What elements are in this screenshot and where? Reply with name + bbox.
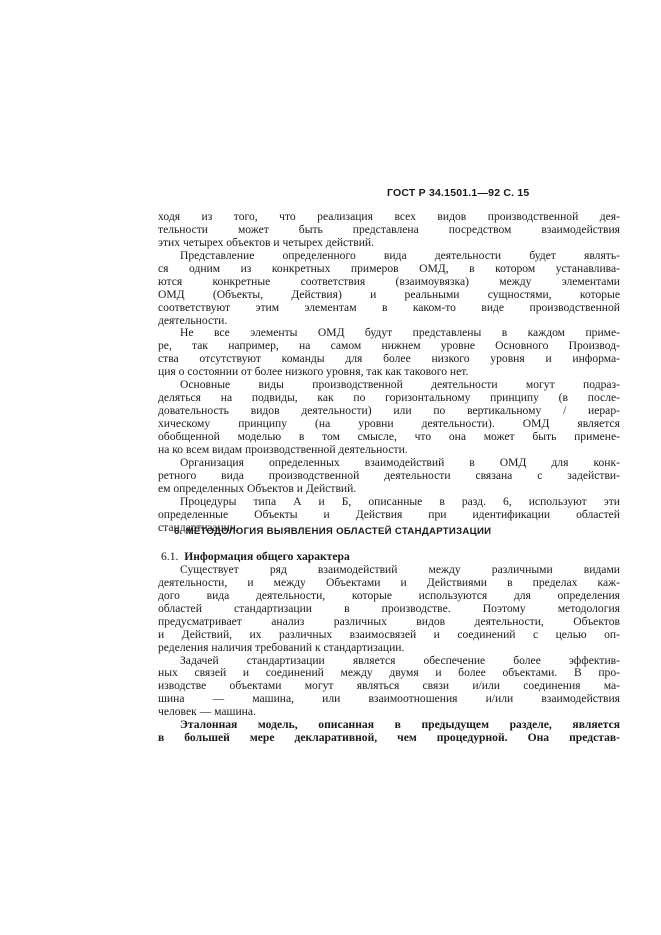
text-line: Существует ряд взаимодействий между разл…	[158, 564, 620, 577]
text-line: ются конкретные соответствия (взаимоувяз…	[158, 276, 620, 289]
text-line: ем определенных Объектов и Действий.	[158, 483, 620, 496]
subsection-heading: 6.1. Информация общего характера	[158, 551, 620, 564]
text-line: ределения наличия требований к стандарти…	[158, 642, 620, 655]
text-line: дого вида деятельности, которые использу…	[158, 590, 620, 603]
text-line: соответствуют этим элементам в каком-то …	[158, 302, 620, 315]
text-line: определенные Объекты и Действия при иден…	[158, 509, 620, 522]
text-line: Процедуры типа А и Б, описанные в разд. …	[158, 496, 620, 509]
text-line: тельности может быть представлена посред…	[158, 224, 620, 237]
text-line: Организация определенных взаимодействий …	[158, 457, 620, 470]
text-line: Представление определенного вида деятель…	[158, 250, 620, 263]
text-line: и Действий, их различных взаимосвязей и …	[158, 629, 620, 642]
text-line: областей стандартизации в производстве. …	[158, 603, 620, 616]
text-line: обобщенной моделью в том смысле, что она…	[158, 431, 620, 444]
text-line: этих четырех объектов и четырех действий…	[158, 237, 620, 250]
text-line: деятельности, и между Объектами и Действ…	[158, 577, 620, 590]
section-heading: 6. МЕТОДОЛОГИЯ ВЫЯВЛЕНИЯ ОБЛАСТЕЙ СТАНДА…	[174, 526, 491, 537]
subsection-paragraphs: Существует ряд взаимодействий между разл…	[158, 564, 620, 745]
page-header: ГОСТ Р 34.1501.1—92 С. 15	[387, 187, 529, 199]
text-line: на ко всем видам производственной деятел…	[158, 444, 620, 457]
subsection-title: Информация общего характера	[184, 550, 350, 563]
text-line: ОМД (Объекты, Действия) и реальными сущн…	[158, 289, 620, 302]
text-line: предусматривает анализ различных видов д…	[158, 616, 620, 629]
text-line: ретного вида производственной деятельнос…	[158, 470, 620, 483]
text-line: хическому принципу (на уровни деятельнос…	[158, 418, 620, 431]
body-text-block-1: ходя из того, что реализация всех видов …	[158, 211, 620, 534]
text-line: в большей мере декларативной, чем процед…	[158, 732, 620, 745]
text-line: ходя из того, что реализация всех видов …	[158, 211, 620, 224]
subsection-number: 6.1.	[161, 550, 178, 563]
text-line: ся одним из конкретных примеров ОМД, в к…	[158, 263, 620, 276]
body-text-block-2: 6.1. Информация общего характера Существ…	[158, 551, 620, 745]
